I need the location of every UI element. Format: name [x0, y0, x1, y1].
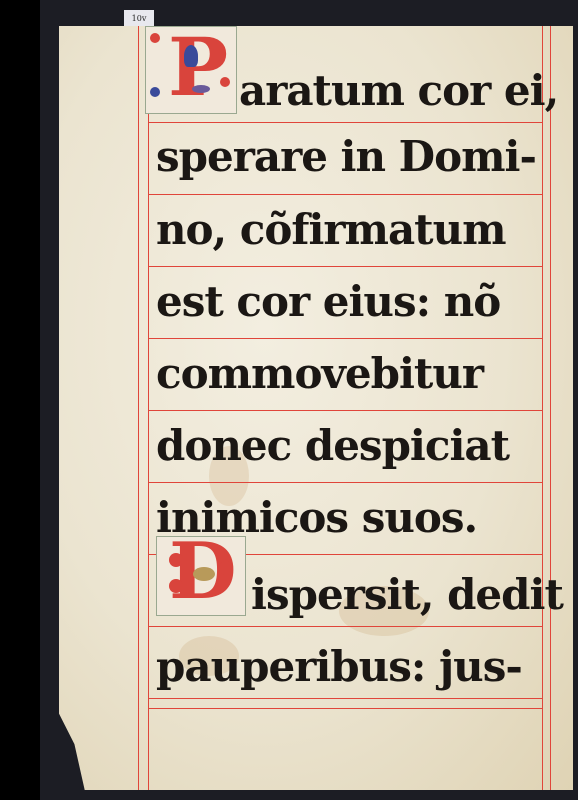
illuminated-initial-d: D: [156, 536, 246, 616]
text-line: inimicos suos.: [156, 497, 477, 539]
text-line: aratum cor ei,: [239, 70, 558, 112]
roundel-icon: [219, 561, 233, 575]
manuscript-page: P D aratum cor ei, sperare in Domi- no, …: [59, 26, 573, 790]
illuminated-initial-p: P: [145, 26, 237, 114]
text-line: sperare in Domi-: [156, 136, 536, 178]
roundel-icon: [169, 579, 183, 593]
text-line: donec despiciat: [156, 425, 509, 467]
bird-icon: [192, 85, 210, 93]
horizontal-ruling: [148, 698, 542, 699]
flower-icon: [220, 77, 230, 87]
folio-label: 10v: [124, 10, 154, 27]
vertical-ruling: [542, 26, 543, 790]
text-line: commovebitur: [156, 353, 483, 395]
horizontal-ruling: [148, 482, 542, 483]
text-line: est cor eius: nõ: [156, 281, 500, 323]
text-line: no, cõfirmatum: [156, 209, 506, 251]
vertical-ruling: [148, 26, 149, 790]
horizontal-ruling: [148, 626, 542, 627]
horizontal-ruling: [148, 194, 542, 195]
text-line: pauperibus: jus-: [156, 646, 522, 688]
text-line: ispersit, dedit: [251, 574, 563, 616]
horizontal-ruling: [148, 708, 542, 709]
vertical-ruling: [138, 26, 139, 790]
horizontal-ruling: [148, 122, 542, 123]
flower-icon: [150, 33, 160, 43]
bird-icon: [193, 567, 215, 581]
horizontal-ruling: [148, 266, 542, 267]
rooster-icon: [184, 45, 198, 67]
vertical-ruling: [550, 26, 551, 790]
horizontal-ruling: [148, 338, 542, 339]
horizontal-ruling: [148, 410, 542, 411]
left-dark-border: [0, 0, 40, 800]
roundel-icon: [169, 553, 183, 567]
flower-icon: [150, 87, 160, 97]
